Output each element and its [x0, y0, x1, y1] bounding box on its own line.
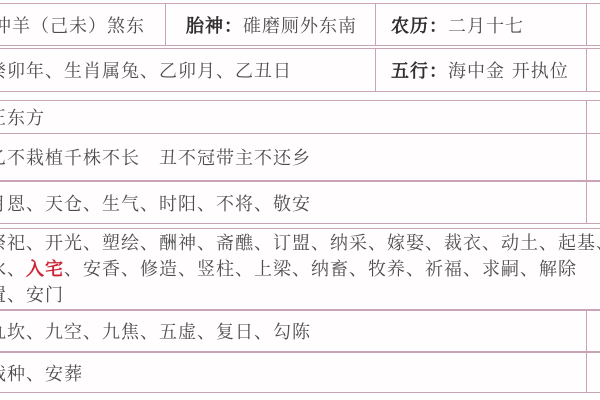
lunar-date-label: 农历：	[391, 12, 448, 38]
suitable-line-2-post: 、安香、修造、竖柱、上梁、纳畜、牧养、祈福、求嗣、解除	[64, 259, 577, 280]
empty-stub-cell	[587, 134, 600, 180]
empty-stub-cell	[587, 101, 600, 133]
clash-text: 冲羊（己未）煞东	[0, 12, 145, 38]
suitable-highlight-ruzhai: 入宅	[26, 259, 64, 280]
lunar-date-value: 二月十七	[448, 12, 524, 38]
evil-gods-cell: 九坎、九空、九焦、五虚、复日、勾陈	[0, 311, 587, 351]
suitable-line-3: 置、安门	[0, 283, 600, 309]
empty-stub-cell	[587, 182, 600, 223]
row-direction: 正东方	[0, 100, 600, 134]
direction-cell: 正东方	[0, 101, 587, 133]
row-lucky-gods: 月恩、天仓、生气、时阳、不将、敬安	[0, 181, 600, 224]
clash-cell: 冲羊（己未）煞东	[0, 4, 166, 45]
row-pengzu-taboo: 乙不栽植千株不长 丑不冠带主不还乡	[0, 133, 600, 181]
suitable-line-2: 水、入宅、安香、修造、竖柱、上梁、纳畜、牧养、祈福、求嗣、解除	[0, 257, 600, 283]
pengzu-taboo-text: 乙不栽植千株不长 丑不冠带主不还乡	[0, 144, 311, 170]
fetal-god-label: 胎神：	[186, 12, 243, 38]
lunar-date-cell: 农历： 二月十七	[376, 4, 587, 45]
five-elements-cell: 五行： 海中金 开执位	[376, 49, 587, 91]
row-ganzhi-wuxing: 癸卯年、生肖属兔、乙卯月、乙丑日 五行： 海中金 开执位	[0, 48, 600, 92]
row-avoid-activities: 栽种、安葬	[0, 352, 600, 393]
row-evil-gods: 九坎、九空、九焦、五虚、复日、勾陈	[0, 310, 600, 352]
ganzhi-text: 癸卯年、生肖属兔、乙卯月、乙丑日	[0, 57, 292, 83]
suitable-line-2-pre: 水、	[0, 259, 26, 280]
five-elements-value: 海中金 开执位	[448, 57, 569, 83]
ganzhi-cell: 癸卯年、生肖属兔、乙卯月、乙丑日	[0, 49, 376, 91]
avoid-activities-text: 栽种、安葬	[0, 360, 83, 386]
evil-gods-text: 九坎、九空、九焦、五虚、复日、勾陈	[0, 318, 311, 344]
avoid-activities-cell: 栽种、安葬	[0, 353, 587, 392]
empty-stub-cell	[587, 4, 600, 45]
five-elements-label: 五行：	[391, 57, 448, 83]
almanac-table: 冲羊（己未）煞东 胎神： 碓磨厕外东南 农历： 二月十七 癸卯年、生肖属兔、乙卯…	[0, 0, 600, 400]
lucky-gods-cell: 月恩、天仓、生气、时阳、不将、敬安	[0, 182, 587, 223]
row-clash-fetalgod-lunar: 冲羊（己未）煞东 胎神： 碓磨厕外东南 农历： 二月十七	[0, 3, 600, 46]
pengzu-taboo-cell: 乙不栽植千株不长 丑不冠带主不还乡	[0, 134, 587, 180]
fetal-god-cell: 胎神： 碓磨厕外东南	[166, 4, 376, 45]
lucky-gods-text: 月恩、天仓、生气、时阳、不将、敬安	[0, 190, 311, 216]
almanac-screenshot: 冲羊（己未）煞东 胎神： 碓磨厕外东南 农历： 二月十七 癸卯年、生肖属兔、乙卯…	[0, 0, 600, 400]
empty-stub-cell	[587, 311, 600, 351]
fetal-god-value: 碓磨厕外东南	[243, 12, 357, 38]
row-suitable-activities: 祭祀、开光、塑绘、酬神、斋醮、订盟、纳采、嫁娶、裁衣、动土、起基、放 水、入宅、…	[0, 228, 600, 310]
empty-stub-cell	[587, 353, 600, 392]
empty-stub-cell	[587, 49, 600, 91]
suitable-line-1: 祭祀、开光、塑绘、酬神、斋醮、订盟、纳采、嫁娶、裁衣、动土、起基、放	[0, 231, 600, 257]
direction-text: 正东方	[0, 104, 45, 130]
